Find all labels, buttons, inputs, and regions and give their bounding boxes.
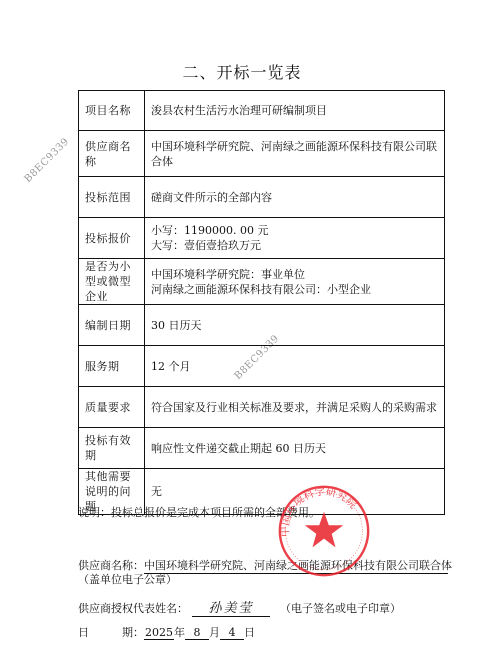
date-year: 2025 (144, 626, 174, 640)
representative-line: 供应商授权代表姓名：孙美莹（电子签名或电子印章） (78, 597, 401, 617)
date-month: 8 (185, 626, 209, 640)
month-unit: 月 (209, 626, 220, 639)
row-label: 投标范围 (79, 177, 145, 218)
row-label: 供应商名称 (79, 131, 145, 177)
date-line: 日 期：2025年8月4日 (78, 624, 255, 640)
row-value: 浚县农村生活污水治理可研编制项目 (145, 91, 445, 131)
table-row: 编制日期 30 日历天 (79, 305, 445, 346)
table-row: 质量要求 符合国家及行业相关标准及要求，并满足采购人的采购需求 (79, 387, 445, 428)
representative-note: （电子签名或电子印章） (280, 602, 401, 615)
table-row: 投标有效期 响应性文件递交截止期起 60 日历天 (79, 428, 445, 469)
row-label: 投标有效期 (79, 428, 145, 469)
watermark: B8EC9339 (23, 136, 72, 185)
supplier-name: 中国环境科学研究院、河南绿之画能源环保科技有限公司联合体 (144, 557, 448, 574)
bid-summary-table: 项目名称 浚县农村生活污水治理可研编制项目 供应商名称 中国环境科学研究院、河南… (78, 90, 445, 515)
row-label: 服务期 (79, 346, 145, 387)
table-row: 供应商名称 中国环境科学研究院、河南绿之画能源环保科技有限公司联合体 (79, 131, 445, 177)
table-row: 项目名称 浚县农村生活污水治理可研编制项目 (79, 91, 445, 131)
page-title: 二、开标一览表 (0, 60, 484, 83)
table-row: 投标报价 小写：1190000. 00 元 大写：壹佰壹拾玖万元 (79, 218, 445, 259)
row-value: 30 日历天 (145, 305, 445, 346)
representative-label: 供应商授权代表姓名： (78, 602, 188, 615)
row-label: 质量要求 (79, 387, 145, 428)
price-note: 说明：投标总报价是完成本项目所需的全部费用。 (78, 504, 320, 520)
table-row: 投标范围 磋商文件所示的全部内容 (79, 177, 445, 218)
row-value: 中国环境科学研究院、河南绿之画能源环保科技有限公司联合体 (145, 131, 445, 177)
row-value: 12 个月 (145, 346, 445, 387)
row-label: 项目名称 (79, 91, 145, 131)
row-label: 是否为小型或微型企业 (79, 259, 145, 305)
price-uppercase: 大写：壹佰壹拾玖万元 (151, 238, 438, 253)
row-value: 符合国家及行业相关标准及要求，并满足采购人的采购需求 (145, 387, 445, 428)
row-value: 响应性文件递交截止期起 60 日历天 (145, 428, 445, 469)
day-unit: 日 (244, 626, 255, 639)
table-row: 服务期 12 个月 (79, 346, 445, 387)
row-value: 磋商文件所示的全部内容 (145, 177, 445, 218)
date-label: 日 期： (78, 626, 144, 639)
enterprise-type-1: 中国环境科学研究院：事业单位 (151, 267, 438, 282)
year-unit: 年 (174, 626, 185, 639)
table-row: 是否为小型或微型企业 中国环境科学研究院：事业单位 河南绿之画能源环保科技有限公… (79, 259, 445, 305)
date-day: 4 (220, 626, 244, 640)
row-label: 编制日期 (79, 305, 145, 346)
price-lowercase: 小写：1190000. 00 元 (151, 223, 438, 238)
row-value: 小写：1190000. 00 元 大写：壹佰壹拾玖万元 (145, 218, 445, 259)
row-value: 中国环境科学研究院：事业单位 河南绿之画能源环保科技有限公司：小型企业 (145, 259, 445, 305)
seal-note: （盖单位电子公章） (78, 571, 177, 587)
row-label: 投标报价 (79, 218, 145, 259)
enterprise-type-2: 河南绿之画能源环保科技有限公司：小型企业 (151, 282, 438, 297)
representative-signature: 孙美莹 (192, 597, 270, 617)
